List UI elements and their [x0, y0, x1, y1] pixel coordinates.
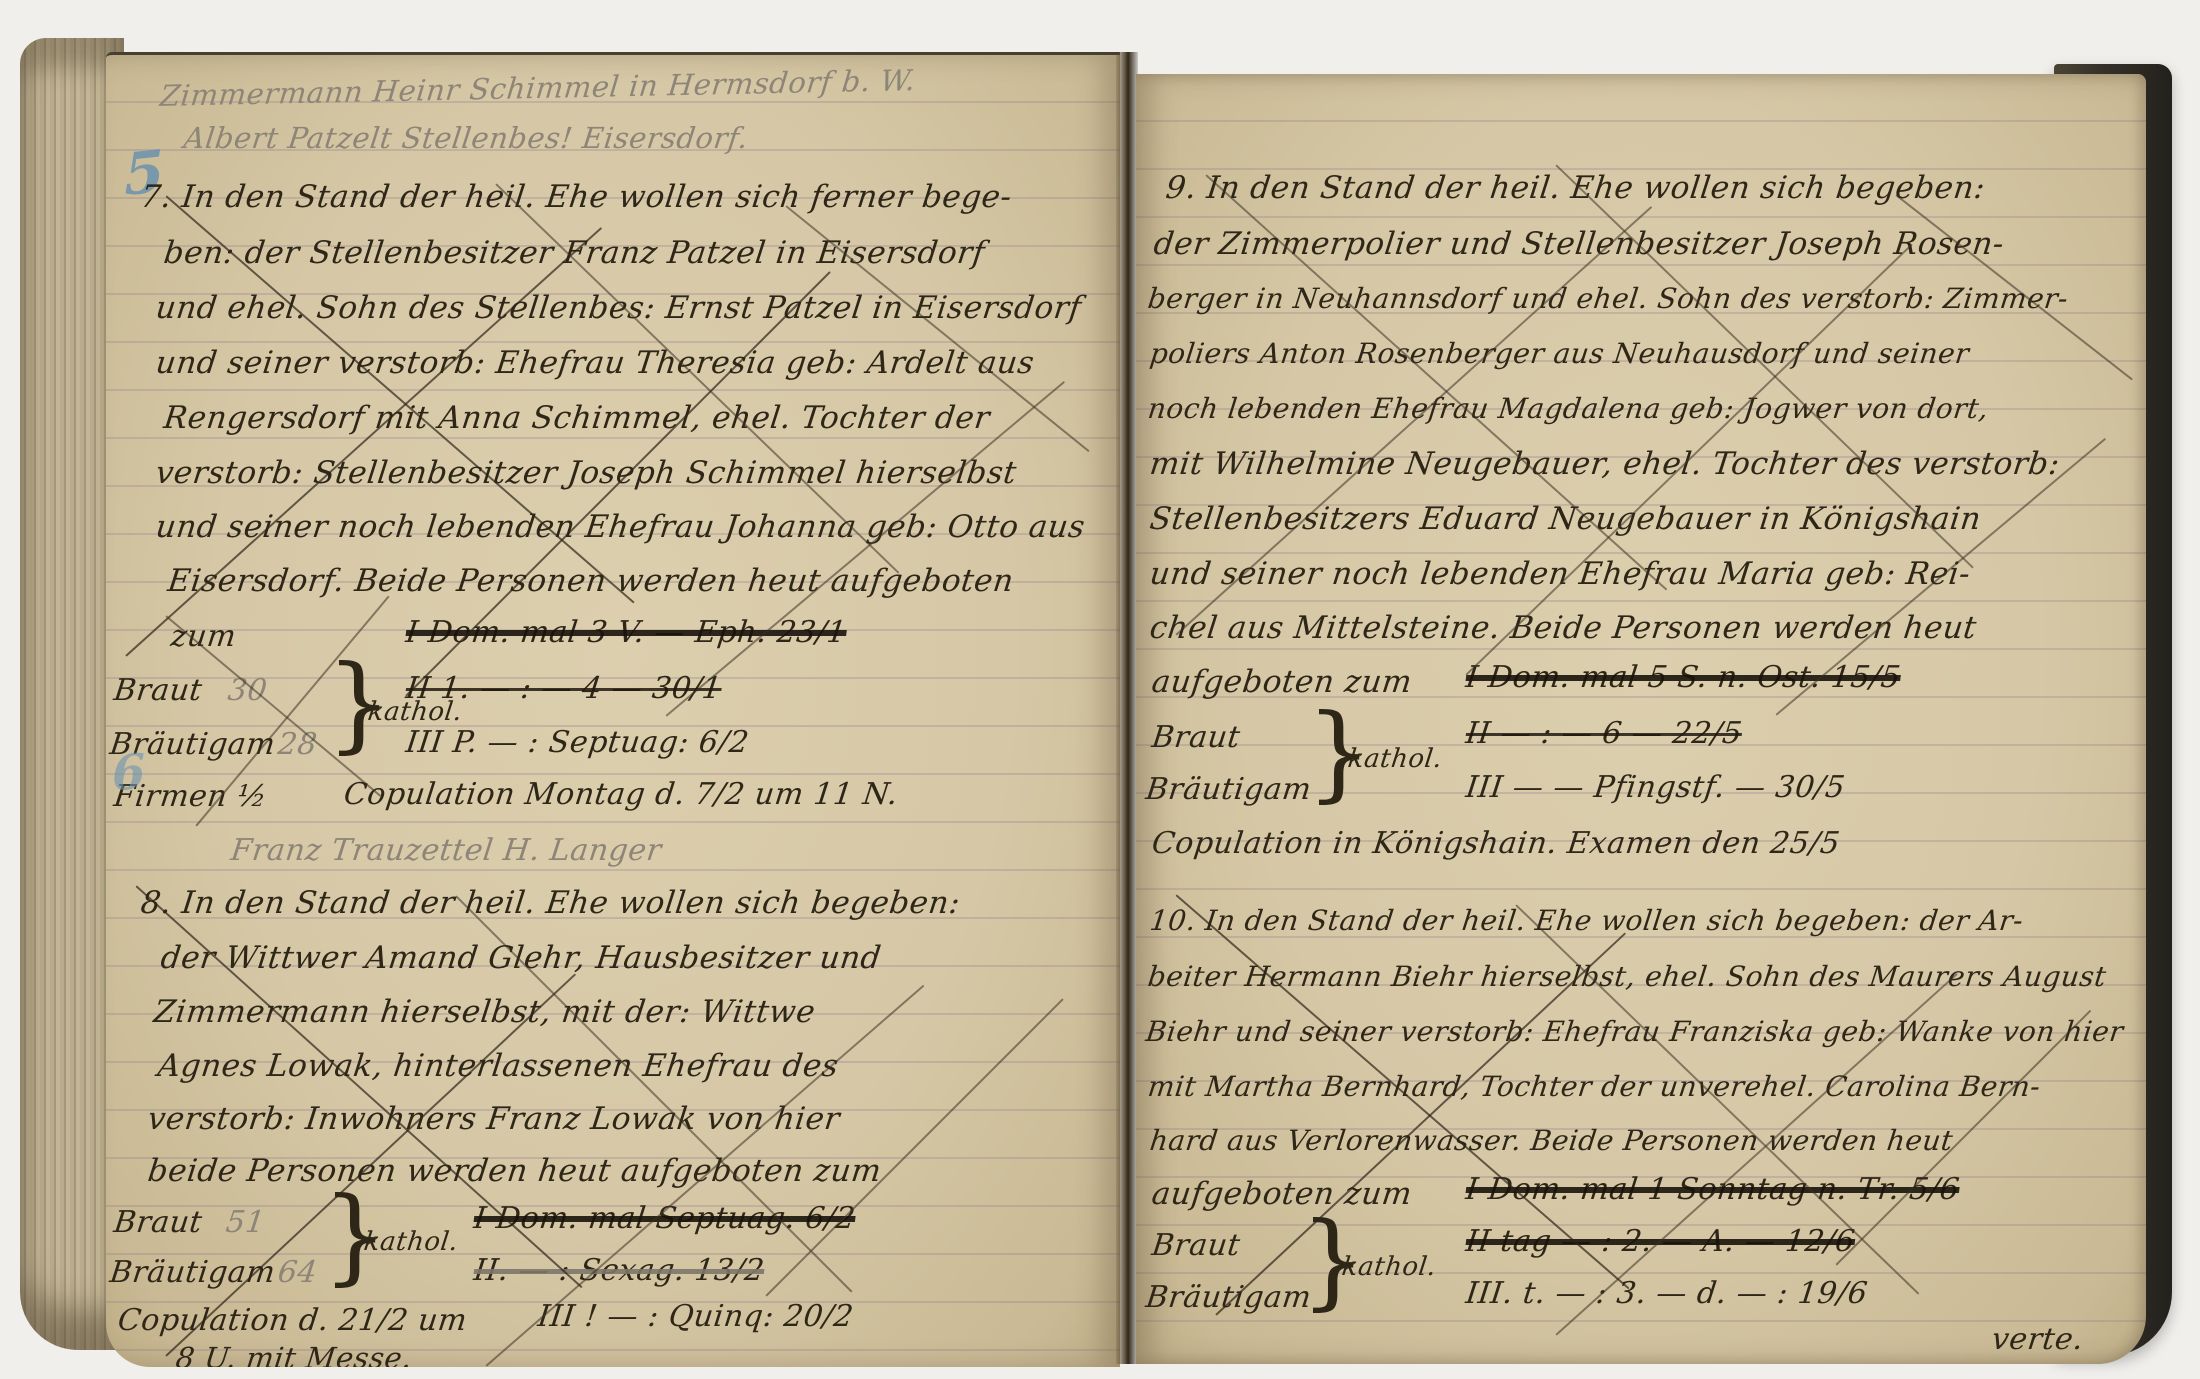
- banns-row-label: Braut: [112, 673, 204, 708]
- entry-line: der Wittwer Amand Glehr, Hausbesitzer un…: [159, 940, 884, 976]
- register-book: Zimmermann Heinr Schimmel in Hermsdorf b…: [20, 16, 2172, 1366]
- entry-line: 8. In den Stand der heil. Ehe wollen sic…: [139, 885, 962, 921]
- banns-copulation: Copulation d. 21/2 um: [116, 1303, 469, 1338]
- margin-number-blue: 6: [111, 743, 147, 802]
- entry-line: beide Personen werden heut aufgeboten zu…: [146, 1153, 884, 1189]
- entry-line: berger in Neuhannsdorf und ehel. Sohn de…: [1146, 282, 2070, 315]
- banns-time-note: 8 U. mit Messe.: [174, 1341, 414, 1367]
- entry-line: chel aus Mittelsteine. Beide Personen we…: [1148, 610, 1979, 646]
- entry-line: Eisersdorf. Beide Personen werden heut a…: [166, 563, 1016, 599]
- banns-zum-label: aufgeboten zum: [1150, 664, 1414, 700]
- entry-line: der Zimmerpolier und Stellenbesitzer Jos…: [1152, 226, 2006, 262]
- entry-line: und seiner noch lebenden Ehefrau Johanna…: [154, 509, 1087, 545]
- banns-date: III. t. — : 3. — d. — : 19/6: [1464, 1276, 1870, 1311]
- entry-line: mit Wilhelmine Neugebauer, ehel. Tochter…: [1148, 446, 2062, 482]
- banns-zum-label: aufgeboten zum: [1150, 1176, 1414, 1212]
- banns-date-crossed: II. — : Sexag. 13/2: [472, 1253, 767, 1288]
- entry-line: und seiner noch lebenden Ehefrau Maria g…: [1148, 556, 1973, 592]
- brace-note: kathol.: [1346, 744, 1444, 774]
- banns-date: III P. — : Septuag: 6/2: [404, 725, 751, 760]
- banns-row-label: Bräutigam: [1144, 772, 1314, 807]
- banns-date-crossed: I Dom. mal Septuag. 6/2: [472, 1201, 858, 1236]
- right-page: 9. In den Stand der heil. Ehe wollen sic…: [1136, 74, 2146, 1364]
- entry-line: 10. In den Stand der heil. Ehe wollen si…: [1148, 904, 2025, 937]
- brace-note: kathol.: [1340, 1252, 1438, 1282]
- entry-line: und seiner verstorb: Ehefrau Theresia ge…: [154, 345, 1037, 381]
- banns-date-crossed: II — : — 6 — 22/5: [1464, 716, 1744, 751]
- banns-date-crossed: I Dom. mal 5 S. n. Ost. 15/5: [1464, 660, 1903, 695]
- brace-note: kathol.: [362, 1227, 460, 1257]
- entry-line: Agnes Lowak, hinterlassenen Ehefrau des: [156, 1048, 841, 1084]
- banns-date-crossed: I Dom. mal 1 Sonntag n. Tr. 5/6: [1464, 1172, 1962, 1207]
- banns-date: III ! — : Quinq: 20/2: [536, 1299, 856, 1334]
- pencil-annotation: Albert Patzelt Stellenbes! Eisersdorf.: [182, 121, 750, 155]
- entry-line: Rengersdorf mit Anna Schimmel, ehel. Toc…: [162, 400, 992, 436]
- banns-row-label: Braut: [112, 1205, 204, 1240]
- brace-note: kathol.: [366, 697, 464, 727]
- banns-row-label: Braut: [1150, 1228, 1242, 1263]
- entry-line: Stellenbesitzers Eduard Neugebauer in Kö…: [1148, 501, 1983, 537]
- entry-line: verstorb: Inwohners Franz Lowak von hier: [146, 1101, 842, 1137]
- entry-line: 9. In den Stand der heil. Ehe wollen sic…: [1164, 170, 1987, 206]
- left-page: Zimmermann Heinr Schimmel in Hermsdorf b…: [106, 52, 1120, 1367]
- banns-age-pencil: 64: [276, 1255, 319, 1290]
- banns-copulation: Copulation in Königshain. Examen den 25/…: [1150, 826, 1842, 861]
- banns-row-label: Braut: [1150, 720, 1242, 755]
- banns-copulation: Copulation Montag d. 7/2 um 11 N.: [342, 777, 900, 812]
- entry-line: verstorb: Stellenbesitzer Joseph Schimme…: [154, 455, 1019, 491]
- banns-date: III — — Pfingstf. — 30/5: [1464, 770, 1847, 805]
- pencil-annotation: Zimmermann Heinr Schimmel in Hermsdorf b…: [158, 63, 917, 113]
- banns-age-pencil: 28: [276, 727, 319, 762]
- entry-line: noch lebenden Ehefrau Magdalena geb: Jog…: [1146, 392, 1991, 425]
- entry-line: 7. In den Stand der heil. Ehe wollen sic…: [139, 179, 1014, 215]
- banns-row-label: Bräutigam: [1144, 1280, 1314, 1315]
- entry-line: hard aus Verlorenwasser. Beide Personen …: [1148, 1124, 1955, 1157]
- entry-line: poliers Anton Rosenberger aus Neuhausdor…: [1148, 337, 1971, 370]
- entry-line: mit Martha Bernhard, Tochter der unvereh…: [1146, 1070, 2042, 1103]
- entry-line: Zimmermann hierselbst, mit der: Wittwe: [152, 994, 818, 1030]
- banns-age-pencil: 51: [224, 1205, 267, 1240]
- entry-line: beiter Hermann Biehr hierselbst, ehel. S…: [1146, 960, 2108, 993]
- book-gutter: [1116, 52, 1138, 1364]
- pencil-witness-note: Franz Trauzettel H. Langer: [229, 833, 664, 868]
- verte-footer: verte.: [1990, 1322, 2086, 1357]
- banns-age-pencil: 30: [226, 673, 269, 708]
